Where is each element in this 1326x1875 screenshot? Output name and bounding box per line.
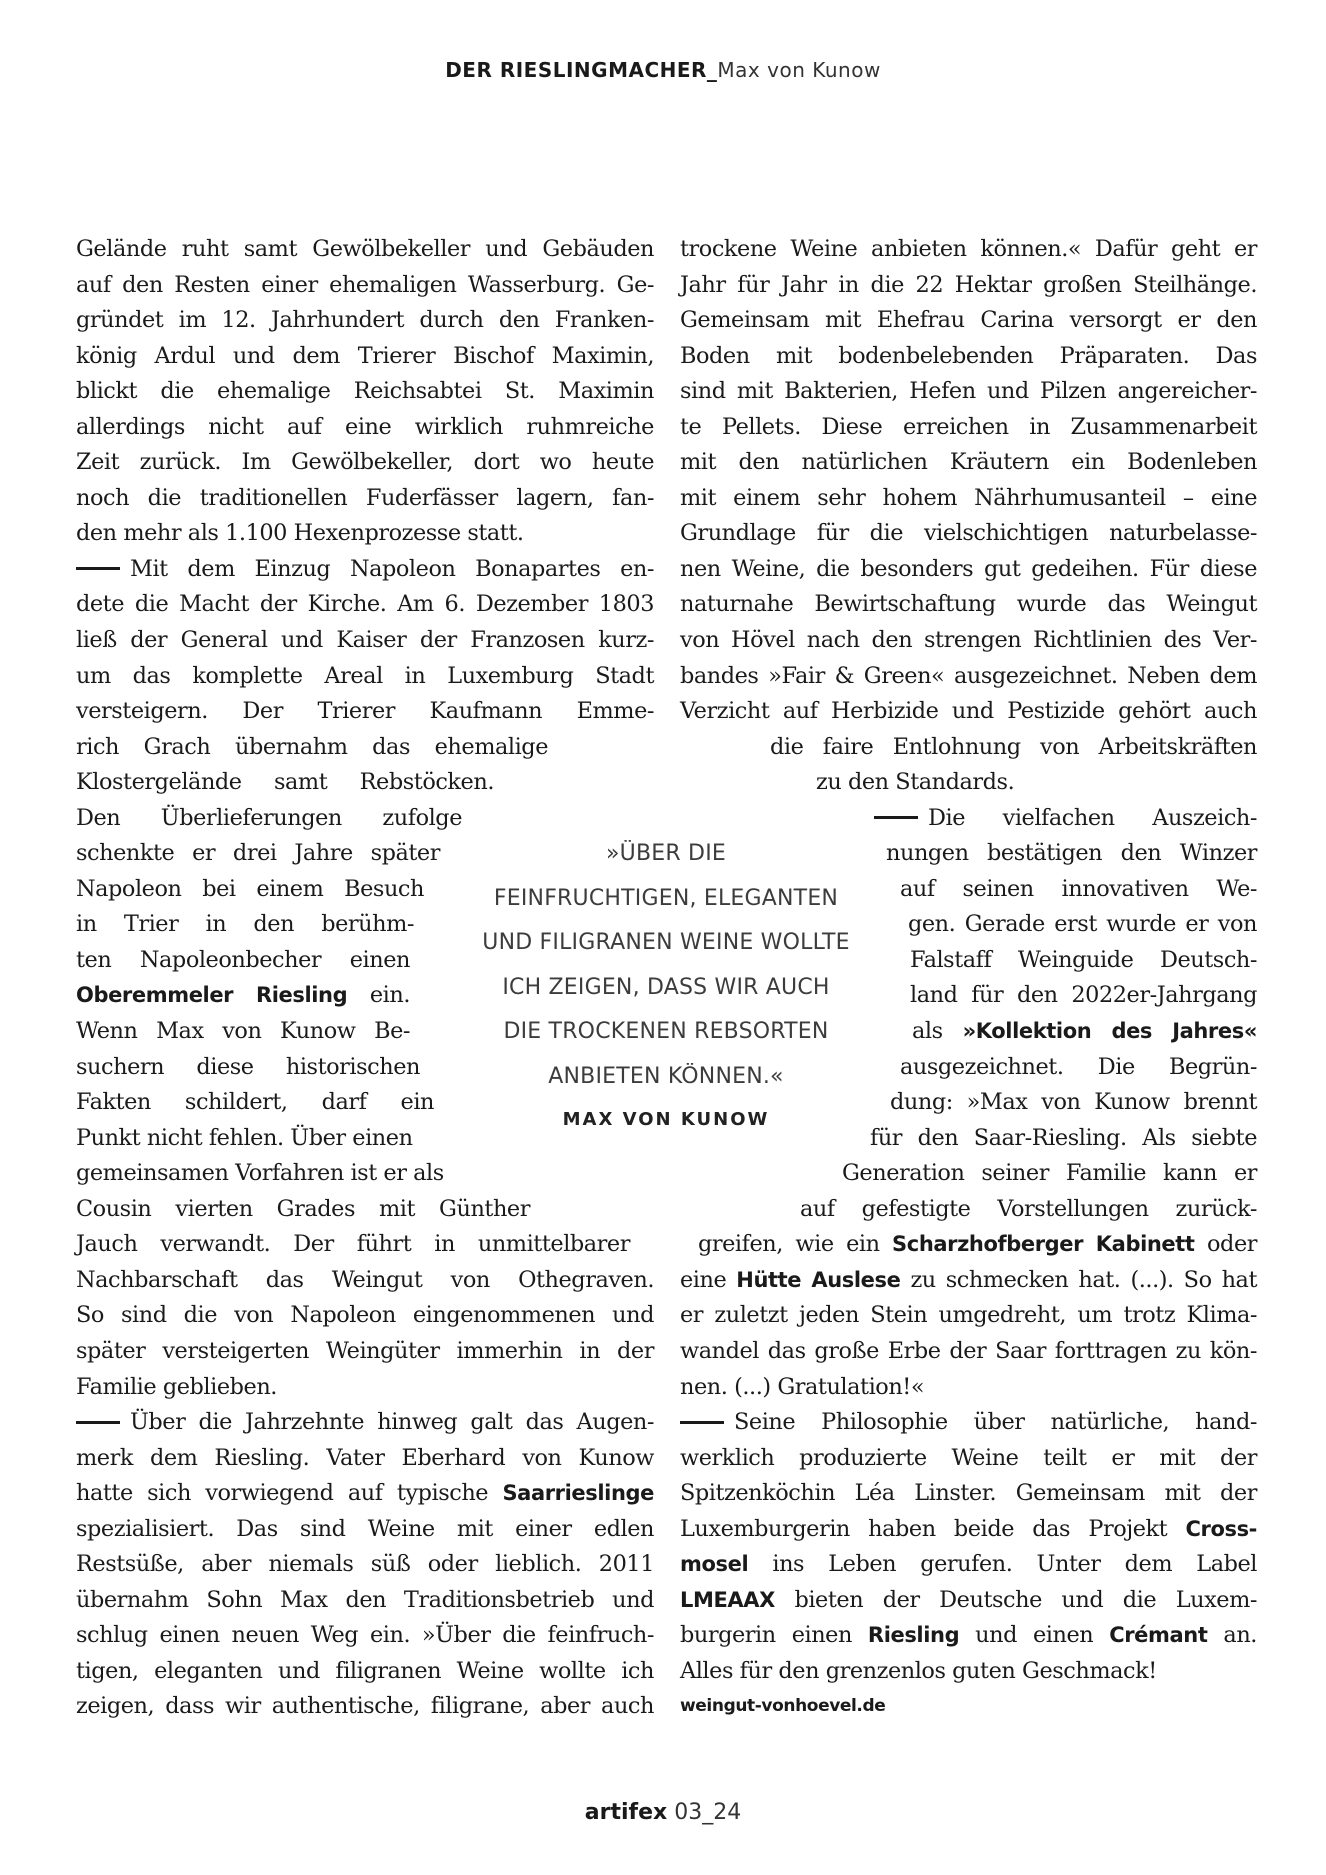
header-subject: Max von Kunow xyxy=(717,58,880,82)
text-line: für den Saar-Riesling. Als siebte xyxy=(870,1121,1257,1157)
text-line: Klostergelände samt Rebstöcken. xyxy=(76,765,494,801)
text-line: den mehr als 1.100 Hexenprozesse statt. xyxy=(76,516,654,552)
text-line: Jahr für Jahr in die 22 Hektar großen St… xyxy=(680,268,1257,304)
text-line: Mit dem Einzug Napoleon Bonapartes en- xyxy=(76,552,654,588)
text-line: Nachbarschaft das Weingut von Othegraven… xyxy=(76,1263,654,1299)
text-line: die faire Entlohnung von Arbeitskräften xyxy=(770,730,1257,766)
text-line: So sind die von Napoleon eingenommenen u… xyxy=(76,1298,654,1334)
text-line: mit einem sehr hohem Nährhumusanteil – e… xyxy=(680,481,1257,517)
text-line: zeigen, dass wir authentische, filigrane… xyxy=(76,1689,654,1725)
text-line: nen Weine, die besonders gut gedeihen. F… xyxy=(680,552,1257,588)
bold-term: LMEAAX xyxy=(680,1588,775,1612)
text-line: Fakten schildert, darf ein xyxy=(76,1085,434,1121)
text-line: rich Grach übernahm das ehemalige xyxy=(76,730,548,766)
text-line: ausgezeichnet. Die Begrün- xyxy=(900,1050,1257,1086)
text-line: Generation seiner Familie kann er xyxy=(842,1156,1257,1192)
pull-quote-line: ANBIETEN KÖNNEN.« xyxy=(452,1055,880,1100)
text-line: sind mit Bakterien, Hefen und Pilzen ang… xyxy=(680,374,1257,410)
text-line: Zeit zurück. Im Gewölbekeller, dort wo h… xyxy=(76,445,654,481)
running-header: DER RIESLINGMACHER_Max von Kunow xyxy=(0,58,1326,82)
paragraph-dash xyxy=(76,1421,120,1424)
bold-term: Scharzhofberger Kabinett xyxy=(892,1232,1195,1256)
bold-term: mosel xyxy=(680,1552,748,1576)
bold-term: Saarrieslinge xyxy=(502,1481,654,1505)
text-line: Familie geblieben. xyxy=(76,1370,654,1406)
text-line: land für den 2022er-Jahrgang xyxy=(910,978,1257,1014)
text-line: Luxemburgerin haben beide das Projekt Cr… xyxy=(680,1512,1257,1548)
text-line: merk dem Riesling. Vater Eberhard von Ku… xyxy=(76,1441,654,1477)
section-title: DER RIESLINGMACHER_ xyxy=(445,58,717,82)
bold-term: Crémant xyxy=(1109,1623,1207,1647)
paragraph-dash xyxy=(874,816,918,819)
text-line: als »Kollektion des Jahres« xyxy=(912,1014,1257,1050)
text-line: nen. (...) Gratulation!« xyxy=(680,1370,1257,1406)
text-line: zu den Standards. xyxy=(816,765,1257,801)
text-line: ten Napoleonbecher einen xyxy=(76,943,410,979)
text-line: er zuletzt jeden Stein umgedreht, um tro… xyxy=(680,1298,1257,1334)
text-line: gründet im 12. Jahrhundert durch den Fra… xyxy=(76,303,654,339)
bold-term: »Kollektion des Jahres« xyxy=(963,1019,1257,1043)
text-line: te Pellets. Diese erreichen in Zusammena… xyxy=(680,410,1257,446)
paragraph-dash xyxy=(680,1421,724,1424)
pull-quote: »ÜBER DIE FEINFRUCHTIGEN, ELEGANTEN UND … xyxy=(452,832,880,1138)
bold-term: Oberemmeler Riesling xyxy=(76,983,347,1007)
text-line: schlug einen neuen Weg ein. »Über die fe… xyxy=(76,1618,654,1654)
pull-quote-line: »ÜBER DIE xyxy=(452,832,880,877)
text-line: tigen, eleganten und filigranen Weine wo… xyxy=(76,1654,654,1690)
text-line: Spitzenköchin Léa Linster. Gemeinsam mit… xyxy=(680,1476,1257,1512)
text-line: noch die traditionellen Fuderfässer lage… xyxy=(76,481,654,517)
text-line: Cousin vierten Grades mit Günther xyxy=(76,1192,530,1228)
text-line: greifen, wie ein Scharzhofberger Kabinet… xyxy=(698,1227,1257,1263)
text-line: dung: »Max von Kunow brennt xyxy=(890,1085,1257,1121)
pull-quote-line: ICH ZEIGEN, DASS WIR AUCH xyxy=(452,966,880,1011)
text-line: naturnahe Bewirtschaftung wurde das Wein… xyxy=(680,587,1257,623)
text-line: nungen bestätigen den Winzer xyxy=(886,836,1257,872)
text-line: LMEAAX bieten der Deutsche und die Luxem… xyxy=(680,1583,1257,1619)
text-line: mit den natürlichen Kräutern ein Bodenle… xyxy=(680,445,1257,481)
website-link[interactable]: weingut-vonhoevel.de xyxy=(680,1689,1257,1723)
text-line: allerdings nicht auf eine wirklich ruhmr… xyxy=(76,410,654,446)
text-line: Seine Philosophie über natürliche, hand- xyxy=(680,1405,1257,1441)
text-line: Wenn Max von Kunow Be- xyxy=(76,1014,410,1050)
pull-quote-line: FEINFRUCHTIGEN, ELEGANTEN xyxy=(452,877,880,922)
text-line: könig Ardul und dem Trierer Bischof Maxi… xyxy=(76,339,654,375)
text-line: Falstaff Weinguide Deutsch- xyxy=(910,943,1257,979)
text-line: burgerin einen Riesling und einen Créman… xyxy=(680,1618,1257,1654)
text-line: Grundlage für die vielschichtigen naturb… xyxy=(680,516,1257,552)
paragraph-dash xyxy=(76,567,120,570)
text-line: schenkte er drei Jahre später xyxy=(76,836,440,872)
pull-quote-line: DIE TROCKENEN REBSORTEN xyxy=(452,1010,880,1055)
pull-quote-line: UND FILIGRANEN WEINE WOLLTE xyxy=(452,921,880,966)
pull-quote-author: MAX VON KUNOW xyxy=(452,1102,880,1138)
text-line: Die vielfachen Auszeich- xyxy=(874,801,1257,837)
page-footer: artifex 03_24 xyxy=(0,1800,1326,1825)
issue-number: 03_24 xyxy=(674,1800,741,1825)
text-line: eine Hütte Auslese zu schmecken hat. (..… xyxy=(680,1263,1257,1299)
text-line: Restsüße, aber niemals süß oder lieblich… xyxy=(76,1547,654,1583)
text-line: übernahm Sohn Max den Traditionsbetrieb … xyxy=(76,1583,654,1619)
text-line: auf seinen innovativen We- xyxy=(900,872,1257,908)
bold-term: Cross- xyxy=(1185,1517,1257,1541)
text-line: bandes »Fair & Green« ausgezeichnet. Neb… xyxy=(680,659,1257,695)
text-line: Alles für den grenzenlos guten Geschmack… xyxy=(680,1654,1257,1690)
text-line: suchern diese historischen xyxy=(76,1050,420,1086)
text-line: Jauch verwandt. Der führt in unmittelbar… xyxy=(76,1227,630,1263)
text-line: trockene Weine anbieten können.« Dafür g… xyxy=(680,232,1257,268)
text-line: spezialisiert. Das sind Weine mit einer … xyxy=(76,1512,654,1548)
text-line: wandel das große Erbe der Saar forttrage… xyxy=(680,1334,1257,1370)
text-line: gen. Gerade erst wurde er von xyxy=(908,907,1257,943)
magazine-name: artifex xyxy=(585,1800,667,1825)
text-line: werklich produzierte Weine teilt er mit … xyxy=(680,1441,1257,1477)
text-line: Gemeinsam mit Ehefrau Carina versorgt er… xyxy=(680,303,1257,339)
text-line: versteigern. Der Trierer Kaufmann Emme- xyxy=(76,694,654,730)
text-line: Den Überlieferungen zufolge xyxy=(76,801,462,837)
text-line: Napoleon bei einem Besuch xyxy=(76,872,424,908)
text-line: auf den Resten einer ehemaligen Wasserbu… xyxy=(76,268,654,304)
text-line: auf gefestigte Vorstellungen zurück- xyxy=(800,1192,1257,1228)
text-line: später versteigerten Weingüter immerhin … xyxy=(76,1334,654,1370)
text-line: in Trier in den berühm- xyxy=(76,907,414,943)
text-line: gemeinsamen Vorfahren ist er als xyxy=(76,1156,484,1192)
text-line: Verzicht auf Herbizide und Pestizide geh… xyxy=(680,694,1257,730)
bold-term: Riesling xyxy=(868,1623,959,1647)
text-line: Über die Jahrzehnte hinweg galt das Auge… xyxy=(76,1405,654,1441)
text-line: um das komplette Areal in Luxemburg Stad… xyxy=(76,659,654,695)
text-line: Boden mit bodenbelebenden Präparaten. Da… xyxy=(680,339,1257,375)
text-line: Oberemmeler Riesling ein. xyxy=(76,978,410,1014)
text-line: mosel ins Leben gerufen. Unter dem Label xyxy=(680,1547,1257,1583)
bold-term: Hütte Auslese xyxy=(736,1268,900,1292)
text-line: von Hövel nach den strengen Richtlinien … xyxy=(680,623,1257,659)
text-line: ließ der General und Kaiser der Franzose… xyxy=(76,623,654,659)
text-line: Punkt nicht fehlen. Über einen xyxy=(76,1121,454,1157)
text-line: blickt die ehemalige Reichsabtei St. Max… xyxy=(76,374,654,410)
text-line: dete die Macht der Kirche. Am 6. Dezembe… xyxy=(76,587,654,623)
text-line: Gelände ruht samt Gewölbekeller und Gebä… xyxy=(76,232,654,268)
text-line: hatte sich vorwiegend auf typische Saarr… xyxy=(76,1476,654,1512)
